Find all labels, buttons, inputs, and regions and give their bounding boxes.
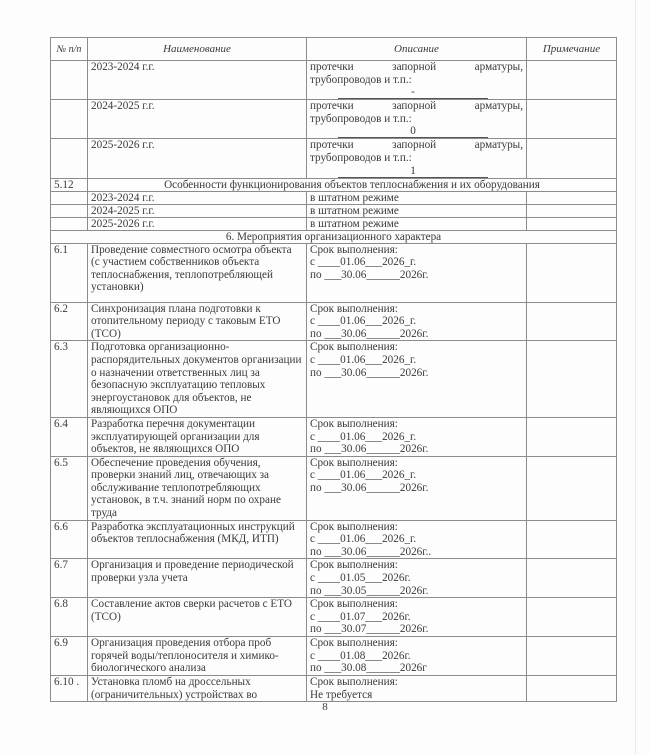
deadline-to: по ___30.06______2026г.: [310, 367, 523, 380]
row-name: Подготовка организационно-распорядительн…: [88, 341, 307, 418]
row-status: в штатном режиме: [307, 217, 527, 230]
description-line: протечки запорной арматуры,: [310, 61, 523, 74]
row-deadline: Срок выполнения: с ____01.06___2026_г. п…: [307, 417, 527, 456]
row-note: [527, 61, 617, 100]
description-line: трубопроводов и т.п.:: [310, 113, 523, 126]
row-note: [527, 139, 617, 178]
deadline-from: с ____01.08___2026г.: [310, 650, 523, 663]
row-name: Обеспечение проведения обучения, проверк…: [88, 456, 307, 520]
row-number: 6.5: [51, 456, 88, 520]
description-line: протечки запорной арматуры,: [310, 139, 523, 152]
deadline-label: Срок выполнения:: [310, 341, 523, 354]
section-title: 6. Мероприятия организационного характер…: [51, 230, 617, 243]
row-name: Установка пломб на дроссельных (ограничи…: [88, 676, 307, 702]
row-status: в штатном режиме: [307, 204, 527, 217]
row-period: 2025-2026 г.г.: [88, 217, 307, 230]
row-note: [527, 204, 617, 217]
deadline-to: по ___30.08______2026г: [310, 662, 523, 675]
row-note: [527, 637, 617, 676]
row-note: [527, 520, 617, 559]
row-number: 6.1: [51, 243, 88, 302]
row-deadline: Срок выполнения: с ____01.06___2026_г. п…: [307, 341, 527, 418]
deadline-to: по ___30.06______2026г.: [310, 443, 523, 456]
table-row: 2023-2024 г.г. протечки запорной арматур…: [51, 61, 617, 100]
row-note: [527, 456, 617, 520]
deadline-label: Срок выполнения:: [310, 559, 523, 572]
table-row: 6.4 Разработка перечня документации эксп…: [51, 417, 617, 456]
page-number: 8: [0, 701, 650, 713]
row-period: 2025-2026 г.г.: [88, 139, 307, 178]
table-header-row: № п/п Наименование Описание Примечание: [51, 38, 617, 61]
row-number: 6.2: [51, 302, 88, 341]
row-deadline: Срок выполнения: с ____01.06___2026_г. п…: [307, 456, 527, 520]
deadline-from: с ____01.06___2026_г.: [310, 354, 523, 367]
subsection-title: Особенности функционирования объектов те…: [88, 178, 617, 191]
row-note: [527, 217, 617, 230]
table-row: 2023-2024 г.г. в штатном режиме: [51, 191, 617, 204]
deadline-to: по ___30.05______2026г.: [310, 585, 523, 598]
deadline-label: Срок выполнения:: [310, 244, 523, 257]
row-number: [51, 217, 88, 230]
row-period: 2023-2024 г.г.: [88, 61, 307, 100]
row-number: 6.3: [51, 341, 88, 418]
header-name: Наименование: [88, 38, 307, 61]
row-note: [527, 302, 617, 341]
row-number: 6.10 .: [51, 676, 88, 702]
row-description: протечки запорной арматуры, трубопроводо…: [307, 61, 527, 100]
row-name: Проведение совместного осмотра объекта (…: [88, 243, 307, 302]
row-note: [527, 191, 617, 204]
row-note: [527, 559, 617, 598]
row-number: [51, 139, 88, 178]
row-status: в штатном режиме: [307, 191, 527, 204]
leak-value: -: [338, 86, 488, 99]
table-row: 2024-2025 г.г. протечки запорной арматур…: [51, 100, 617, 139]
row-deadline: Срок выполнения: с ____01.06___2026_г. п…: [307, 302, 527, 341]
deadline-from: с ____01.07___2026г.: [310, 611, 523, 624]
row-deadline: Срок выполнения: с ____01.06___2026_г. п…: [307, 243, 527, 302]
deadline-from: с ____01.06___2026_г.: [310, 315, 523, 328]
row-deadline: Срок выполнения: с ____01.07___2026г. по…: [307, 598, 527, 637]
deadline-label: Срок выполнения:: [310, 521, 523, 534]
deadline-from: с ____01.06___2026_г.: [310, 256, 523, 269]
row-number: 6.7: [51, 559, 88, 598]
table-row: 6.6 Разработка эксплуатационных инструкц…: [51, 520, 617, 559]
row-name: Организация проведения отбора проб горяч…: [88, 637, 307, 676]
row-deadline: Срок выполнения: с ____01.08___2026г. по…: [307, 637, 527, 676]
table-row: 6.3 Подготовка организационно-распорядит…: [51, 341, 617, 418]
table-row: 6.5 Обеспечение проведения обучения, про…: [51, 456, 617, 520]
row-number: 6.8: [51, 598, 88, 637]
row-description: протечки запорной арматуры, трубопроводо…: [307, 100, 527, 139]
description-line: трубопроводов и т.п.:: [310, 74, 523, 87]
row-note: [527, 598, 617, 637]
row-period: 2023-2024 г.г.: [88, 191, 307, 204]
table-row: 6.10 . Установка пломб на дроссельных (о…: [51, 676, 617, 702]
row-period: 2024-2025 г.г.: [88, 204, 307, 217]
row-name: Разработка перечня документации эксплуат…: [88, 417, 307, 456]
row-deadline: Срок выполнения: с ____01.05___2026г. по…: [307, 559, 527, 598]
row-deadline: Срок выполнения: Не требуется: [307, 676, 527, 702]
row-name: Составление актов сверки расчетов с ЕТО …: [88, 598, 307, 637]
row-number: 6.6: [51, 520, 88, 559]
table-row: 6.9 Организация проведения отбора проб г…: [51, 637, 617, 676]
deadline-to: по ___30.07______2026г.: [310, 623, 523, 636]
page-edge: [635, 0, 636, 755]
row-deadline: Срок выполнения: с ____01.06___2026_г. п…: [307, 520, 527, 559]
deadline-from: с ____01.06___2026_г.: [310, 469, 523, 482]
row-number: 6.9: [51, 637, 88, 676]
table-row: 2025-2026 г.г. в штатном режиме: [51, 217, 617, 230]
deadline-to: по ___30.06______2026г..: [310, 546, 523, 559]
header-description: Описание: [307, 38, 527, 61]
deadline-label: Срок выполнения:: [310, 457, 523, 470]
row-note: [527, 100, 617, 139]
header-number: № п/п: [51, 38, 88, 61]
table-row: 6.2 Синхронизация плана подготовки к ото…: [51, 302, 617, 341]
deadline-label: Срок выполнения:: [310, 418, 523, 431]
row-note: [527, 341, 617, 418]
deadline-from: с ____01.06___2026_г.: [310, 431, 523, 444]
deadline-from: Не требуется: [310, 689, 523, 702]
section-row: 6. Мероприятия организационного характер…: [51, 230, 617, 243]
row-period: 2024-2025 г.г.: [88, 100, 307, 139]
row-note: [527, 417, 617, 456]
description-line: трубопроводов и т.п.:: [310, 152, 523, 165]
row-number: [51, 100, 88, 139]
row-name: Разработка эксплуатационных инструкций о…: [88, 520, 307, 559]
deadline-label: Срок выполнения:: [310, 676, 523, 689]
table-row: 6.7 Организация и проведение периодическ…: [51, 559, 617, 598]
row-number: [51, 61, 88, 100]
leak-value: 1: [338, 165, 488, 178]
row-description: протечки запорной арматуры, трубопроводо…: [307, 139, 527, 178]
deadline-to: по ___30.06______2026г.: [310, 269, 523, 282]
leak-value: 0: [338, 125, 488, 138]
row-number: [51, 191, 88, 204]
row-name: Организация и проведение периодической п…: [88, 559, 307, 598]
row-number: 5.12: [51, 178, 88, 191]
document-table: № п/п Наименование Описание Примечание 2…: [50, 37, 617, 702]
deadline-label: Срок выполнения:: [310, 598, 523, 611]
row-name: Синхронизация плана подготовки к отопите…: [88, 302, 307, 341]
table-row: 2024-2025 г.г. в штатном режиме: [51, 204, 617, 217]
row-number: [51, 204, 88, 217]
deadline-from: с ____01.05___2026г.: [310, 572, 523, 585]
row-note: [527, 243, 617, 302]
table-row: 2025-2026 г.г. протечки запорной арматур…: [51, 139, 617, 178]
deadline-to: по ___30.06______2026г.: [310, 482, 523, 495]
deadline-from: с ____01.06___2026_г.: [310, 533, 523, 546]
row-number: 6.4: [51, 417, 88, 456]
deadline-to: по ___30.06______2026г.: [310, 328, 523, 341]
header-note: Примечание: [527, 38, 617, 61]
table-row: 6.1 Проведение совместного осмотра объек…: [51, 243, 617, 302]
table-row: 6.8 Составление актов сверки расчетов с …: [51, 598, 617, 637]
description-line: протечки запорной арматуры,: [310, 100, 523, 113]
deadline-label: Срок выполнения:: [310, 637, 523, 650]
deadline-label: Срок выполнения:: [310, 303, 523, 316]
row-note: [527, 676, 617, 702]
subsection-row: 5.12 Особенности функционирования объект…: [51, 178, 617, 191]
